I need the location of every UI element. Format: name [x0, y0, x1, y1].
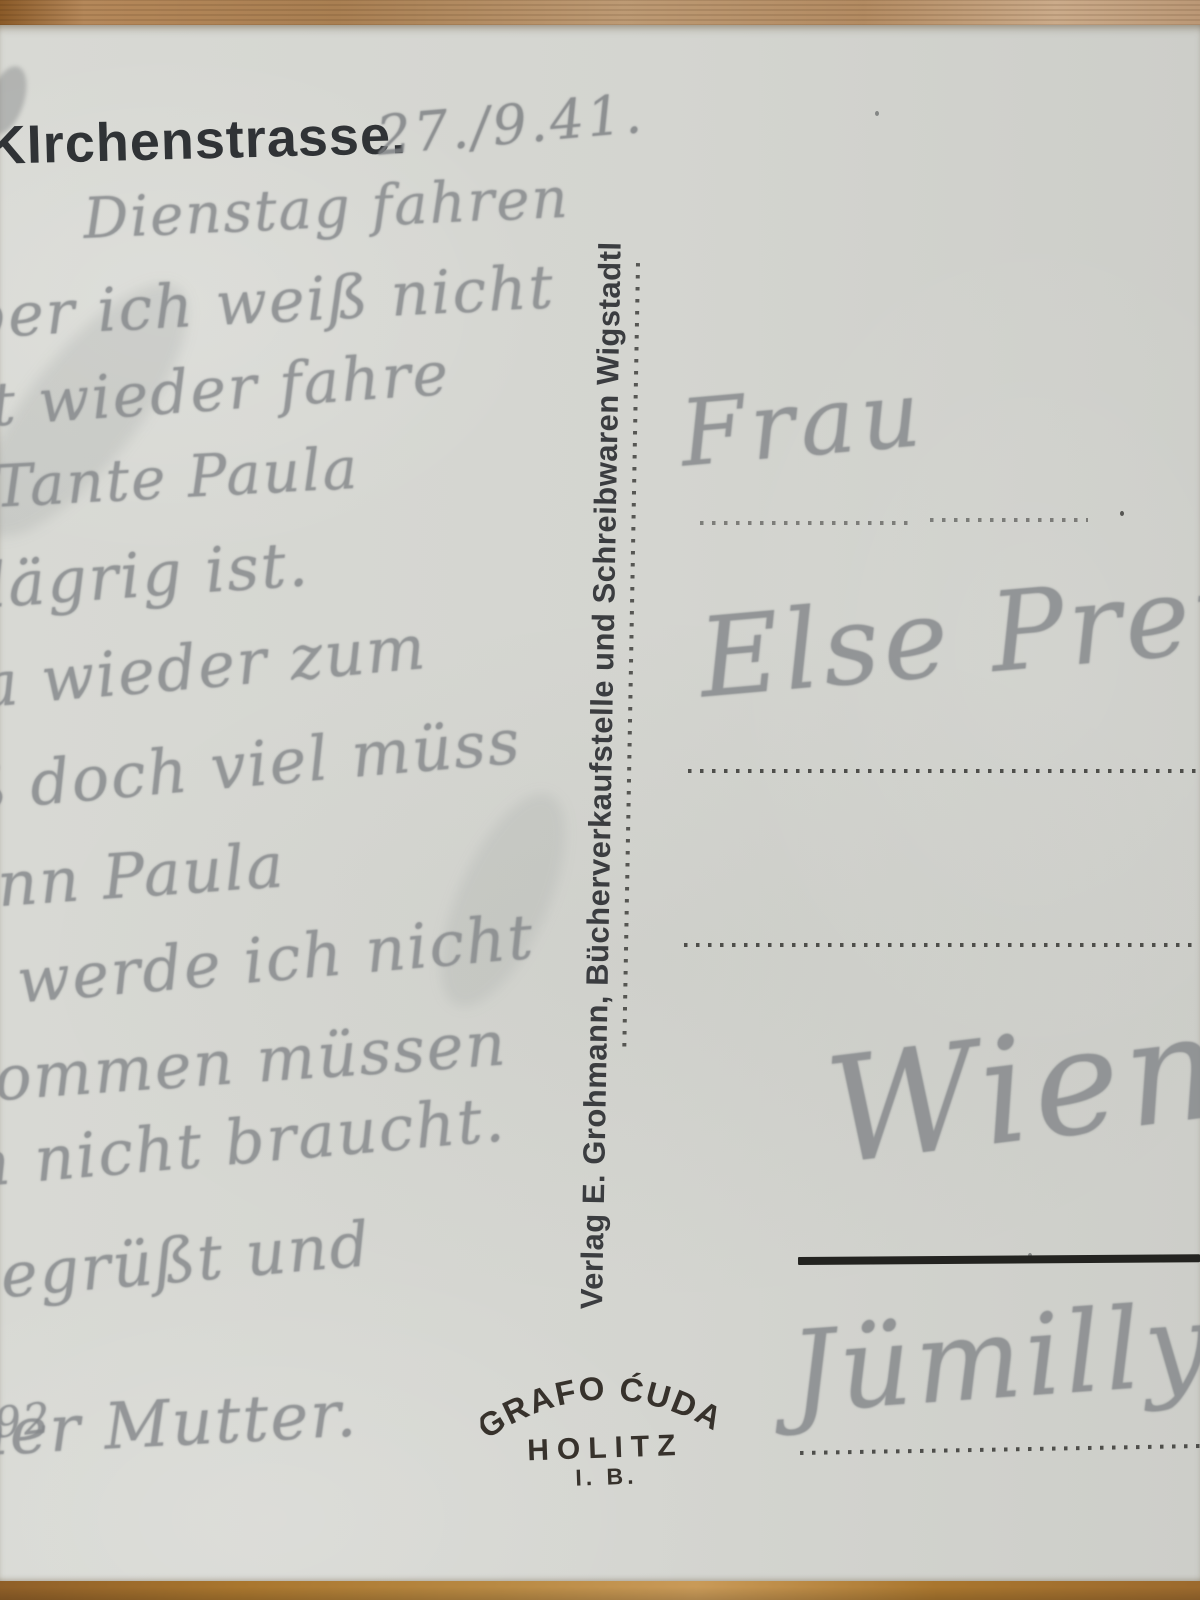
handwritten-line: ber ich weiß nicht	[0, 252, 556, 353]
handwritten-line: llägrig ist.	[0, 527, 312, 624]
handwritten-line: ann Paula	[0, 828, 287, 924]
address-rule-2	[688, 769, 1200, 773]
pencil-smudge	[415, 777, 591, 1024]
ink-speck	[875, 111, 879, 116]
address-rule-solid	[798, 1254, 1200, 1265]
handwritten-line: gegrüßt und	[0, 1207, 374, 1316]
handwritten-line: Dienstag fahren	[82, 166, 571, 252]
printer-stamp: GRAFO ĆUDA HOLITZ I. B.	[478, 1344, 723, 1502]
address-rule-dot	[1120, 511, 1124, 516]
handwritten-date: 27./9.41.	[374, 82, 647, 168]
address-rule-1b	[930, 518, 1088, 522]
handwritten-line: mer Mutter.	[0, 1377, 360, 1472]
postcard-back: KIrchenstrasse. 27./9.41. Dienstag fahre…	[0, 25, 1200, 1581]
stamp-line3: I. B.	[575, 1463, 638, 1491]
address-rule-3	[684, 943, 1200, 947]
address-salutation: Frau	[676, 360, 930, 488]
address-name: Else Preiß	[694, 542, 1200, 723]
address-city: Wien	[818, 980, 1200, 1197]
postcard-photo: KIrchenstrasse. 27./9.41. Dienstag fahre…	[0, 0, 1200, 1600]
handwritten-line: la wieder zum	[0, 610, 430, 724]
address-street: Jümillyg	[786, 1274, 1200, 1438]
address-rule-4	[800, 1444, 1200, 1455]
publisher-imprint: Verlag E. Grohmann, Bücherverkaufstelle …	[574, 241, 629, 1310]
address-rule-1	[700, 521, 908, 525]
handwritten-line: ß doch viel müss	[0, 704, 524, 825]
stamp-line2: HOLITZ	[527, 1429, 684, 1467]
printed-caption: KIrchenstrasse.	[0, 104, 408, 177]
wooden-table-top-strip	[0, 0, 1200, 26]
